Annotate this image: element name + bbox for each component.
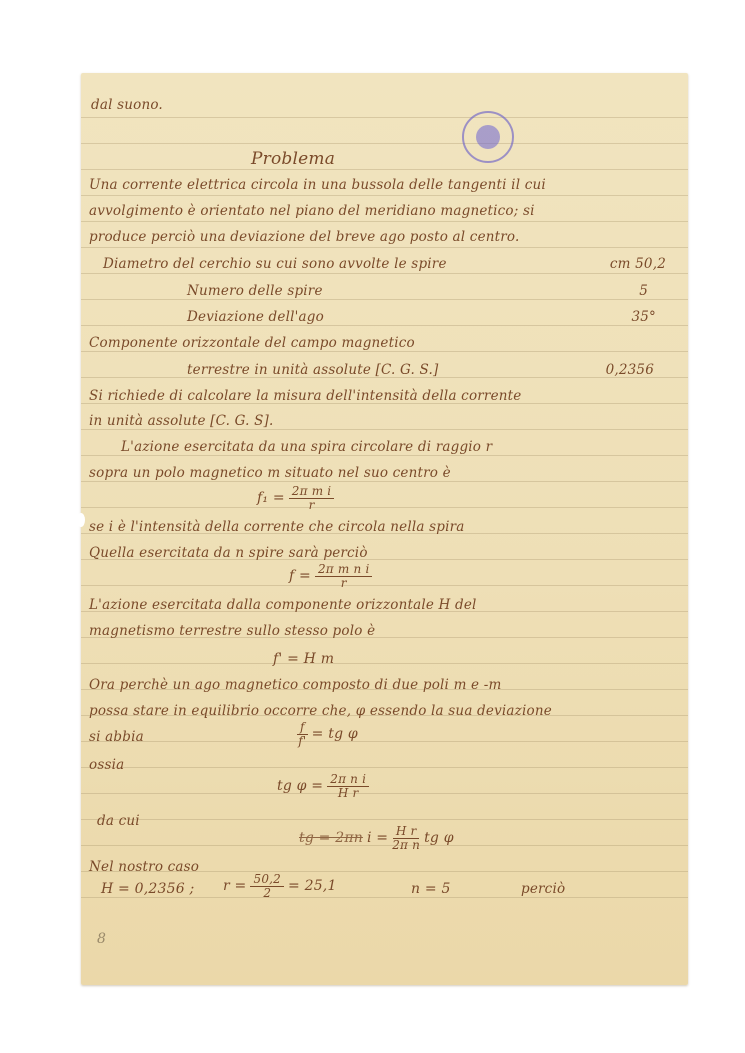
formula-lhs: r = (223, 878, 246, 894)
text-line: Una corrente elettrica circola in una bu… (89, 177, 546, 193)
formula-case-n: n = 5 (411, 881, 451, 897)
formula-tg: tg φ = 2π n i H r (277, 773, 369, 799)
ruled-line (81, 585, 688, 586)
ruled-line (81, 247, 688, 248)
text-line: da cui (97, 813, 140, 829)
ruled-line (81, 767, 688, 768)
ruled-line (81, 897, 688, 898)
denominator: r (309, 499, 315, 512)
text-line: magnetismo terrestre sullo stesso polo è (89, 623, 375, 639)
section-title: Problema (251, 149, 335, 169)
formula-case-r: r = 50,2 2 = 25,1 (223, 873, 337, 899)
text-line: si abbia (89, 729, 144, 745)
page-notch (77, 513, 85, 527)
formula-rhs: tg φ (424, 830, 454, 846)
ruled-line (81, 429, 688, 430)
text-line: Deviazione dell'ago (187, 309, 324, 325)
numerator: 2π m n i (315, 563, 373, 577)
formula-f: f = 2π m n i r (289, 563, 372, 589)
stamp-emblem-icon (476, 125, 500, 149)
text-line: se i è l'intensità della corrente che ci… (89, 519, 465, 535)
fraction: 2π n i H r (327, 773, 369, 799)
numerator: H r (393, 825, 420, 839)
ruled-line (81, 169, 688, 170)
denominator: 2π n (392, 839, 420, 852)
value-diameter: cm 50,2 (610, 256, 666, 272)
text-line: terrestre in unità assolute [C. G. S.] (187, 362, 438, 378)
formula-i: tg = 2πn i = H r 2π n tg φ (299, 825, 454, 851)
text-line: avvolgimento è orientato nel piano del m… (89, 203, 535, 219)
ruled-line (81, 507, 688, 508)
ruled-line (81, 299, 688, 300)
ruled-line (81, 195, 688, 196)
formula-lhs: i = (367, 830, 388, 846)
page-number: 8 (97, 931, 106, 947)
formula-fprime: f' = H m (273, 651, 334, 667)
ruled-line (81, 663, 688, 664)
ruled-line (81, 481, 688, 482)
formula-rhs: = tg φ (312, 726, 358, 742)
text-line: Si richiede di calcolare la misura dell'… (89, 388, 521, 404)
formula-lhs: f₁ = (257, 490, 285, 506)
formula-f1: f₁ = 2π m i r (257, 485, 334, 511)
notebook-page: dal suono. Problema Una corrente elettri… (81, 73, 688, 985)
value-deviation: 35° (631, 309, 656, 325)
formula-case-H: H = 0,2356 ; (101, 881, 194, 897)
text-line: sopra un polo magnetico m situato nel su… (89, 465, 451, 481)
text-line: L'azione esercitata dalla componente ori… (89, 597, 477, 613)
denominator: r (341, 577, 347, 590)
ruled-line (81, 325, 688, 326)
numerator: 50,2 (250, 873, 284, 887)
value-turns: 5 (639, 283, 648, 299)
text-line: L'azione esercitata da una spira circola… (121, 439, 492, 455)
fraction: 2π m i r (289, 485, 335, 511)
fraction: 50,2 2 (250, 873, 284, 899)
fraction: 2π m n i r (315, 563, 373, 589)
fraction: H r 2π n (392, 825, 420, 851)
ruled-line (81, 741, 688, 742)
text-line: in unità assolute [C. G. S]. (89, 413, 274, 429)
text-line: Ora perchè un ago magnetico composto di … (89, 677, 502, 693)
text-line: perciò (521, 881, 565, 897)
text-line: Quella esercitata da n spire sarà perciò (89, 545, 368, 561)
ruled-line (81, 143, 688, 144)
text-line: possa stare in equilibrio occorre che, φ… (89, 703, 552, 719)
ruled-line (81, 455, 688, 456)
numerator: 2π n i (327, 773, 369, 787)
ruled-line (81, 117, 688, 118)
denominator: f' (298, 735, 306, 748)
text-line: ossia (89, 757, 124, 773)
text-line: Nel nostro caso (89, 859, 199, 875)
formula-ratio: f f' = tg φ (297, 721, 358, 747)
ruled-line (81, 273, 688, 274)
text-line: Diametro del cerchio su cui sono avvolte… (103, 256, 447, 272)
library-stamp (462, 111, 514, 163)
struck-out-text: tg = 2πn (299, 830, 363, 846)
text-line: produce perciò una deviazione del breve … (89, 229, 520, 245)
formula-lhs: f = (289, 568, 311, 584)
formula-rhs: = 25,1 (288, 878, 337, 894)
text-line: dal suono. (91, 97, 163, 113)
denominator: H r (338, 787, 359, 800)
ruled-line (81, 221, 688, 222)
denominator: 2 (263, 887, 271, 900)
formula-lhs: tg φ = (277, 778, 323, 794)
ruled-line (81, 819, 688, 820)
text-line: Componente orizzontale del campo magneti… (89, 335, 415, 351)
value-horizontal-component: 0,2356 (606, 362, 654, 378)
text-line: Numero delle spire (187, 283, 323, 299)
numerator: f (297, 721, 308, 735)
ruled-line (81, 351, 688, 352)
ruled-line (81, 793, 688, 794)
numerator: 2π m i (289, 485, 335, 499)
fraction: f f' (297, 721, 308, 747)
